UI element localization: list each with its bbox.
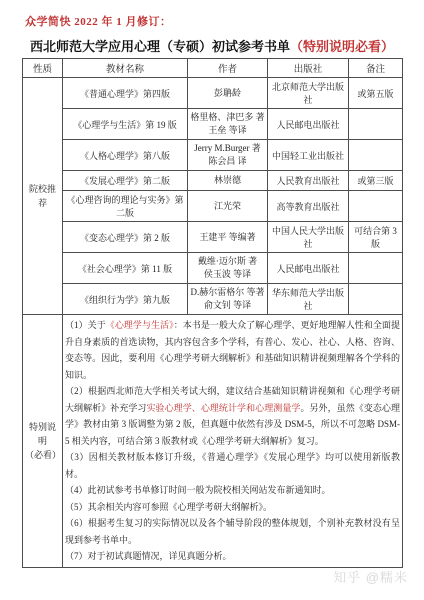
book-publisher-cell: 华东师范大学出版社 — [268, 284, 349, 315]
book-name-cell: 《普通心理学》第四版 — [63, 78, 188, 109]
special-note-label-line1: 特别说明 — [25, 420, 60, 448]
book-author-cell: Jerry M.Burger 著 陈会昌 译 — [188, 140, 268, 171]
note-segment: （4）此初试参考书单修订时间一般为院校相关网站发布新通知时。 — [65, 485, 331, 495]
note-segment: （5）其余相关内容可参照《心理学考研大纲解析》。 — [65, 502, 272, 512]
book-remark-cell: 或第三版 — [349, 171, 403, 191]
note-item: （7）对于初试真题情况，详见真题分析。 — [65, 548, 400, 565]
header-book-name: 教材名称 — [63, 59, 188, 78]
book-row: 《心理学与生活》第 19 版格里格、津巴多 著 王垒 等译人民邮电出版社 — [23, 109, 403, 140]
note-segment: （6）根据考生复习的实际情况以及各个辅导阶段的整体规划，个别补充教材没有呈现到参… — [65, 518, 400, 545]
book-publisher-cell: 北京师范大学出版社 — [268, 78, 349, 109]
book-name-cell: 《心理学与生活》第 19 版 — [63, 109, 188, 140]
note-item: （2）根据西北师范大学相关考试大纲，建议结合基础知识精讲视频和《心理学考研大纲解… — [65, 383, 400, 449]
book-author-cell: 王建平 等编著 — [188, 222, 268, 253]
special-notes-content: （1）关于《心理学与生活》：本书是一般大众了解心理学、更好地理解人性和全面提升自… — [63, 315, 403, 568]
title-suffix: （特别说明必看） — [290, 39, 394, 54]
book-row: 《社会心理学》第 11 版戴维·迈尔斯 著 侯玉波 等译人民邮电出版社 — [23, 253, 403, 284]
book-name-cell: 《社会心理学》第 11 版 — [63, 253, 188, 284]
book-remark-cell — [349, 191, 403, 222]
book-publisher-cell: 人民邮电出版社 — [268, 109, 349, 140]
note-item: （6）根据考生复习的实际情况以及各个辅导阶段的整体规划，个别补充教材没有呈现到参… — [65, 515, 400, 548]
watermark: 知乎 @糯米 — [333, 567, 408, 586]
book-name-cell: 《组织行为学》第九版 — [63, 284, 188, 315]
note-segment: （7）对于初试真题情况，详见真题分析。 — [65, 551, 232, 561]
special-note-label: 特别说明 （必看） — [23, 315, 63, 568]
revision-note: 众学简快 2022 年 1 月修订： — [25, 13, 172, 29]
book-name-cell: 《人格心理学》第八版 — [63, 140, 188, 171]
header-remark: 备注 — [349, 59, 403, 78]
note-segment-highlight: 《心理学与生活》 — [106, 320, 174, 330]
book-row: 《心理咨询的理论与实务》第二版江光荣高等教育出版社 — [23, 191, 403, 222]
note-item: （3）因相关教材版本修订升级，《普通心理学》《发展心理学》均可以使用新版教材。 — [65, 449, 400, 482]
special-notes-row: 特别说明 （必看） （1）关于《心理学与生活》：本书是一般大众了解心理学、更好地… — [23, 315, 403, 568]
book-author-cell: 彭聃龄 — [188, 78, 268, 109]
book-author-cell: 林崇德 — [188, 171, 268, 191]
book-author-cell: 格里格、津巴多 著 王垒 等译 — [188, 109, 268, 140]
note-segment: （3）因相关教材版本修订升级，《普通心理学》《发展心理学》均可以使用新版教材。 — [65, 452, 400, 479]
book-publisher-cell: 中国人民大学出版社 — [268, 222, 349, 253]
book-remark-cell — [349, 253, 403, 284]
recommend-label: 院校推荐 — [23, 78, 63, 315]
book-remark-cell — [349, 140, 403, 171]
header-publisher: 出版社 — [268, 59, 349, 78]
note-segment-highlight: 实验心理学、心理统计学和心理测量学 — [147, 403, 301, 413]
note-segment: （1）关于 — [65, 320, 106, 330]
book-remark-cell — [349, 109, 403, 140]
book-name-cell: 《发展心理学》第二版 — [63, 171, 188, 191]
book-publisher-cell: 人民教育出版社 — [268, 171, 349, 191]
title-main: 西北师范大学应用心理（专硕）初试参考书单 — [30, 39, 290, 54]
book-row: 《发展心理学》第二版林崇德人民教育出版社或第三版 — [23, 171, 403, 191]
book-name-cell: 《变态心理学》第 2 版 — [63, 222, 188, 253]
book-remark-cell: 可结合第 3 版 — [349, 222, 403, 253]
book-author-cell: D.赫尔雷格尔 等著 俞文钊 等译 — [188, 284, 268, 315]
page-title: 西北师范大学应用心理（专硕）初试参考书单（特别说明必看） — [0, 36, 424, 55]
note-item: （5）其余相关内容可参照《心理学考研大纲解析》。 — [65, 499, 400, 516]
document-page: 众学简快 2022 年 1 月修订： 西北师范大学应用心理（专硕）初试参考书单（… — [0, 0, 424, 600]
book-author-cell: 江光荣 — [188, 191, 268, 222]
note-item: （4）此初试参考书单修订时间一般为院校相关网站发布新通知时。 — [65, 482, 400, 499]
book-row: 《变态心理学》第 2 版王建平 等编著中国人民大学出版社可结合第 3 版 — [23, 222, 403, 253]
reference-book-table: 性质 教材名称 作者 出版社 备注 院校推荐《普通心理学》第四版彭聃龄北京师范大… — [22, 58, 403, 568]
book-name-cell: 《心理咨询的理论与实务》第二版 — [63, 191, 188, 222]
book-row: 院校推荐《普通心理学》第四版彭聃龄北京师范大学出版社或第五版 — [23, 78, 403, 109]
note-item: （1）关于《心理学与生活》：本书是一般大众了解心理学、更好地理解人性和全面提升自… — [65, 317, 400, 383]
book-author-cell: 戴维·迈尔斯 著 侯玉波 等译 — [188, 253, 268, 284]
header-author: 作者 — [188, 59, 268, 78]
book-row: 《组织行为学》第九版D.赫尔雷格尔 等著 俞文钊 等译华东师范大学出版社 — [23, 284, 403, 315]
book-publisher-cell: 中国轻工业出版社 — [268, 140, 349, 171]
book-publisher-cell: 高等教育出版社 — [268, 191, 349, 222]
book-row: 《人格心理学》第八版Jerry M.Burger 著 陈会昌 译中国轻工业出版社 — [23, 140, 403, 171]
book-remark-cell: 或第五版 — [349, 78, 403, 109]
book-publisher-cell: 人民邮电出版社 — [268, 253, 349, 284]
book-remark-cell — [349, 284, 403, 315]
table-header-row: 性质 教材名称 作者 出版社 备注 — [23, 59, 403, 78]
header-property: 性质 — [23, 59, 63, 78]
special-note-label-line2: （必看） — [25, 448, 60, 462]
